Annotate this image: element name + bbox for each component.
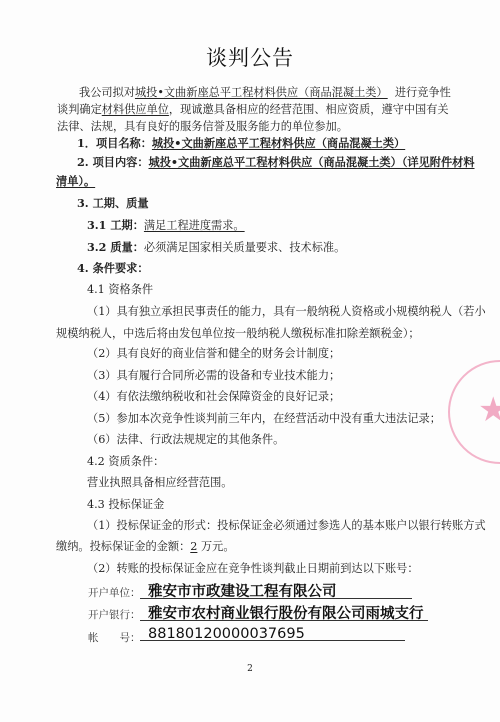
section3-heading: 3. 工期、质量 <box>77 196 149 211</box>
s31-value: 满足工程进度需求。 <box>144 219 245 232</box>
deposit-amount: 2 <box>190 540 197 553</box>
account-number-underline <box>140 640 405 641</box>
item1-value: 城投•文曲新座总平工程材料供应（商品混凝土类） <box>152 136 405 150</box>
condition-1-line2: 规模纳税人，中选后将由发包单位按一般纳税人缴税标准扣除差额税金）； <box>56 326 420 341</box>
page-number: 2 <box>0 664 500 674</box>
s42-heading: 4.2 资质条件： <box>87 454 164 469</box>
deposit-2: （2）转账的投标保证金应在竞争性谈判截止日期前到达以下账号： <box>87 561 419 576</box>
document-title: 谈判公告 <box>0 42 500 72</box>
condition-6: （6）法律、行政法规规定的其他条件。 <box>87 432 284 447</box>
item2-value-line1: 城投•文曲新座总平工程材料供应（商品混凝土类）（详见附件材料 <box>149 155 475 169</box>
s42-text: 营业执照具备相应经营范围。 <box>87 475 232 490</box>
s41-heading: 4.1 资格条件 <box>87 282 153 297</box>
intro-paragraph: 我公司拟对城投•文曲新座总平工程材料供应（商品混凝土类） 进行竞争性谈判确定材料… <box>57 84 452 135</box>
intro-unit: 材料供应单位 <box>102 103 169 116</box>
account-unit-label: 开户单位： <box>88 585 141 600</box>
account-unit-underline <box>140 598 412 599</box>
section3-1: 3.1 工期：满足工程进度需求。 <box>87 218 245 233</box>
s43-heading: 4.3 投标保证金 <box>87 497 164 512</box>
deposit-amount-label: 缴纳。投标保证金的金额： <box>56 540 190 553</box>
item2-value-line2: 清单）。 <box>56 174 95 189</box>
condition-2: （2）具有良好的商业信誉和健全的财务会计制度； <box>87 346 340 361</box>
item-project-content: 2. 项目内容：城投•文曲新座总平工程材料供应（商品混凝土类）（详见附件材料 <box>77 155 475 170</box>
section4-heading: 4. 条件要求： <box>77 261 149 276</box>
intro-project-name: 城投•文曲新座总平工程材料供应（商品混凝土类） <box>135 86 388 99</box>
star-icon: ★ <box>478 390 500 430</box>
condition-5: （5）参加本次竞争性谈判前三年内，在经营活动中没有重大违法记录； <box>87 411 441 426</box>
deposit-unit: 万元。 <box>201 540 235 553</box>
condition-3: （3）具有履行合同所必需的设备和专业技术能力； <box>87 368 340 383</box>
condition-1-line1: （1）具有独立承担民事责任的能力，具有一般纳税人资格或小规模纳税人（若小 <box>87 304 486 319</box>
s32-label: 3.2 质量： <box>87 240 144 254</box>
section3-2: 3.2 质量：必须满足国家相关质量要求、技术标准。 <box>87 240 345 255</box>
condition-4: （4）有依法缴纳税收和社会保障资金的良好记录； <box>87 389 340 404</box>
account-number-label: 帐 号： <box>88 630 141 645</box>
s31-label: 3.1 工期： <box>87 218 144 232</box>
item-project-name: 1．项目名称：城投•文曲新座总平工程材料供应（商品混凝土类） <box>77 136 405 151</box>
item1-label: 1．项目名称： <box>77 136 152 150</box>
item2-label: 2. 项目内容： <box>77 155 149 169</box>
intro-prefix: 我公司拟对 <box>79 86 135 99</box>
account-bank-underline <box>140 620 428 621</box>
s32-value: 必须满足国家相关质量要求、技术标准。 <box>144 241 345 254</box>
account-bank-label: 开户银行： <box>88 607 141 622</box>
deposit-1-line1: （1）投标保证金的形式：投标保证金必须通过参选人的基本账户以银行转账方式 <box>87 518 486 533</box>
deposit-1-line2: 缴纳。投标保证金的金额：2 万元。 <box>56 539 235 554</box>
